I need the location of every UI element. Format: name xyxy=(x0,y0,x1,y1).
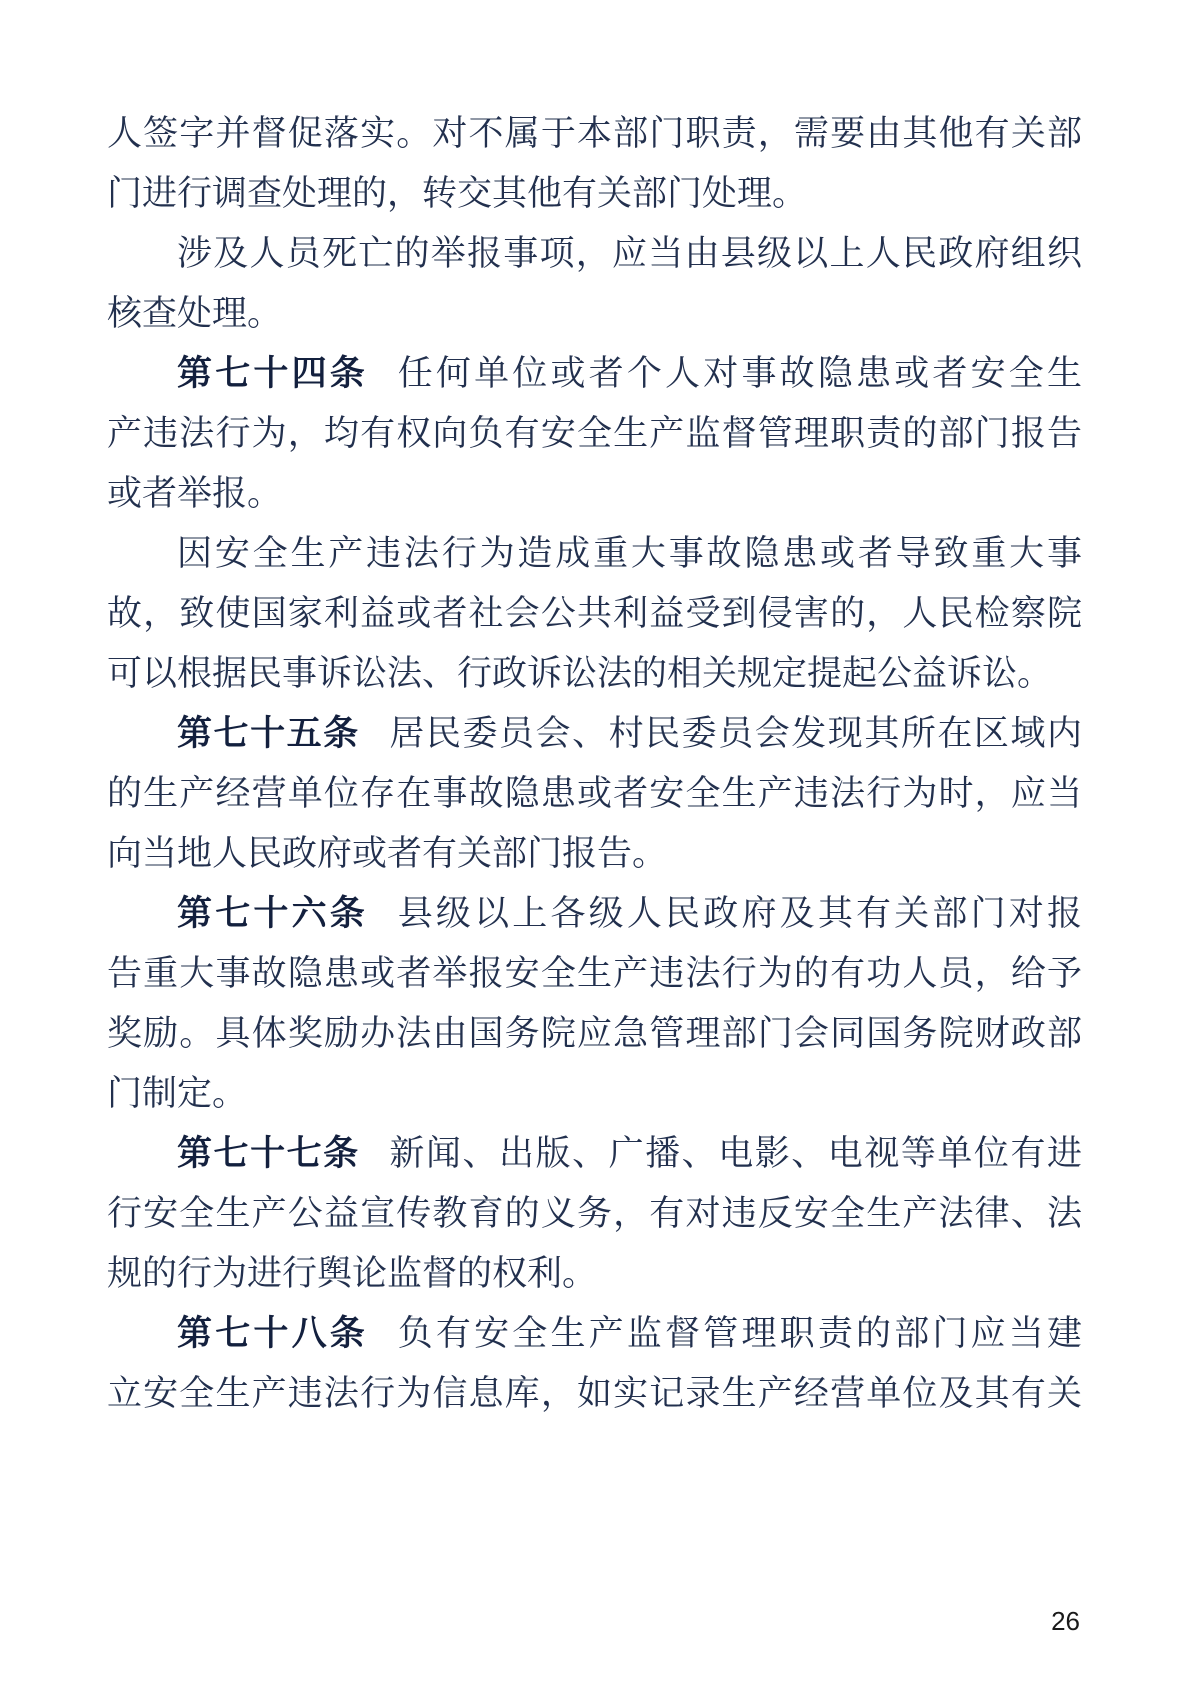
article-number: 第七十四条 xyxy=(177,354,368,393)
text-line: 行安全生产公益宣传教育的义务，有对违反安全生产法律、法 xyxy=(107,1184,1082,1244)
article-line: 第七十五条居民委员会、村民委员会发现其所在区域内 xyxy=(107,704,1082,764)
document-body: 人签字并督促落实。对不属于本部门职责，需要由其他有关部 门进行调查处理的，转交其… xyxy=(107,104,1082,1424)
article-text: 县级以上各级人民政府及其有关部门对报 xyxy=(398,894,1082,933)
page-number: 26 xyxy=(1051,1604,1080,1638)
text-line: 奖励。具体奖励办法由国务院应急管理部门会同国务院财政部 xyxy=(107,1004,1082,1064)
article-line: 第七十八条负有安全生产监督管理职责的部门应当建 xyxy=(107,1304,1082,1364)
text-line: 故，致使国家利益或者社会公共利益受到侵害的，人民检察院 xyxy=(107,584,1082,644)
article-text: 新闻、出版、广播、电影、电视等单位有进 xyxy=(389,1134,1082,1173)
text-line: 产违法行为，均有权向负有安全生产监督管理职责的部门报告 xyxy=(107,404,1082,464)
article-line: 第七十六条县级以上各级人民政府及其有关部门对报 xyxy=(107,884,1082,944)
text-line: 立安全生产违法行为信息库，如实记录生产经营单位及其有关 xyxy=(107,1364,1082,1424)
article-line: 第七十七条新闻、出版、广播、电影、电视等单位有进 xyxy=(107,1124,1082,1184)
text-line: 或者举报。 xyxy=(107,464,1082,524)
article-number: 第七十七条 xyxy=(177,1134,360,1173)
text-line: 人签字并督促落实。对不属于本部门职责，需要由其他有关部 xyxy=(107,104,1082,164)
text-line: 涉及人员死亡的举报事项，应当由县级以上人民政府组织 xyxy=(107,224,1082,284)
text-line: 门制定。 xyxy=(107,1064,1082,1124)
article-text: 负有安全生产监督管理职责的部门应当建 xyxy=(398,1314,1082,1353)
article-line: 第七十四条任何单位或者个人对事故隐患或者安全生 xyxy=(107,344,1082,404)
text-line: 规的行为进行舆论监督的权利。 xyxy=(107,1244,1082,1304)
text-line: 门进行调查处理的，转交其他有关部门处理。 xyxy=(107,164,1082,224)
article-text: 居民委员会、村民委员会发现其所在区域内 xyxy=(389,714,1082,753)
text-line: 核查处理。 xyxy=(107,284,1082,344)
article-number: 第七十八条 xyxy=(177,1314,368,1353)
text-line: 的生产经营单位存在事故隐患或者安全生产违法行为时，应当 xyxy=(107,764,1082,824)
article-number: 第七十六条 xyxy=(177,894,368,933)
document-page: 人签字并督促落实。对不属于本部门职责，需要由其他有关部 门进行调查处理的，转交其… xyxy=(0,0,1190,1683)
text-line: 可以根据民事诉讼法、行政诉讼法的相关规定提起公益诉讼。 xyxy=(107,644,1082,704)
text-line: 因安全生产违法行为造成重大事故隐患或者导致重大事 xyxy=(107,524,1082,584)
text-line: 向当地人民政府或者有关部门报告。 xyxy=(107,824,1082,884)
article-number: 第七十五条 xyxy=(177,714,360,753)
article-text: 任何单位或者个人对事故隐患或者安全生 xyxy=(398,354,1082,393)
text-line: 告重大事故隐患或者举报安全生产违法行为的有功人员，给予 xyxy=(107,944,1082,1004)
